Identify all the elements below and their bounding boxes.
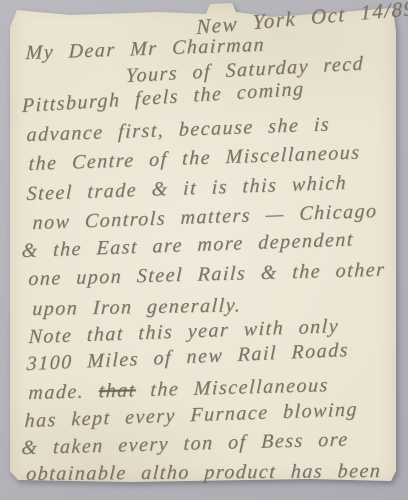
letter-line: obtainable altho product has been [25, 458, 382, 487]
photo-background: New York Oct 14/89 My Dear Mr Chairman Y… [0, 0, 408, 500]
struck-word: that [98, 379, 136, 402]
line-text: made. [28, 380, 99, 404]
line-text: the Miscellaneous [135, 374, 329, 401]
